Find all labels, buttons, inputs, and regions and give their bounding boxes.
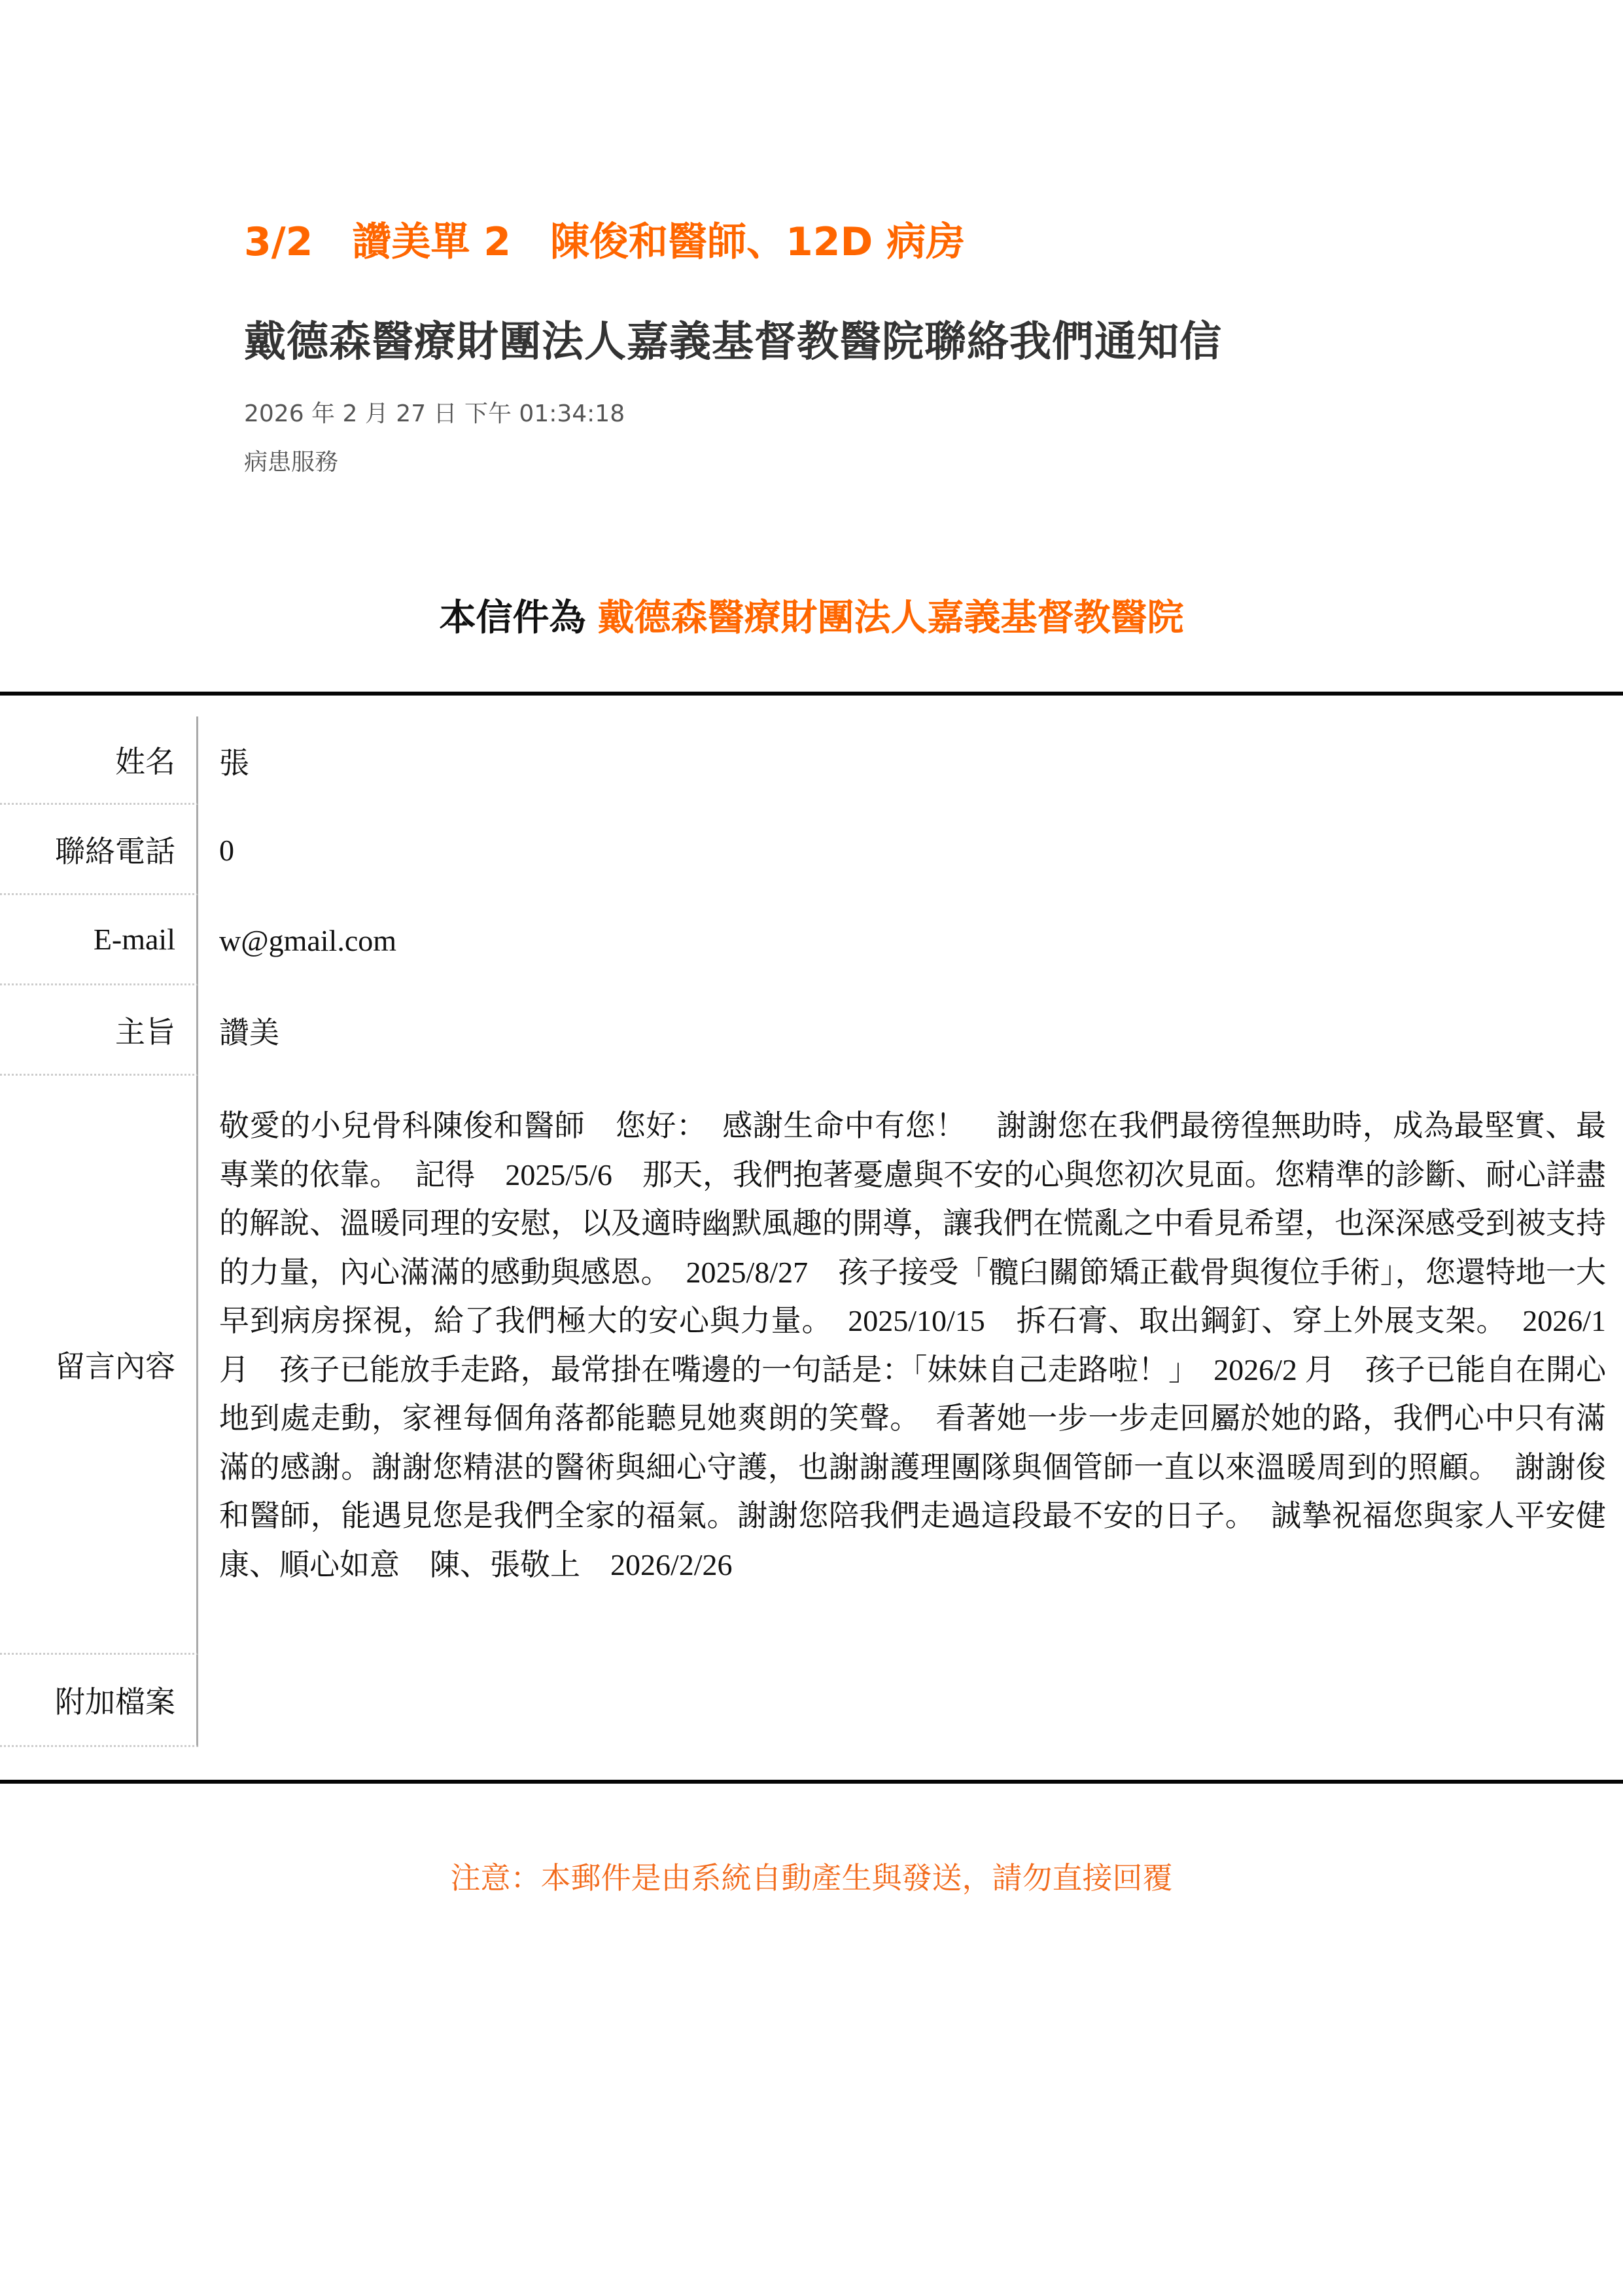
field-value-attachment [198, 1655, 1623, 1747]
table-row-attachment: 附加檔案 [0, 1655, 1623, 1747]
field-value-email[interactable]: w@gmail.com [198, 895, 1623, 985]
sender-banner: 本信件為戴德森醫療財團法人嘉義基督教醫院 [0, 589, 1623, 648]
banner-prefix: 本信件為 [440, 597, 586, 639]
auto-reply-notice: 注意：本郵件是由系統自動產生與發送，請勿直接回覆 [0, 1852, 1623, 1904]
field-label-message: 留言內容 [0, 1076, 198, 1655]
email-subject: 戴德森醫療財團法人嘉義基督教醫院聯絡我們通知信 [244, 313, 1222, 372]
table-row-email: E-mail w@gmail.com [0, 895, 1623, 985]
field-value-name: 張 [198, 716, 1623, 805]
field-label-phone: 聯絡電話 [0, 805, 198, 895]
field-value-phone: 0 [198, 805, 1623, 895]
document-title: 3/2 讚美單 2 陳俊和醫師、12D 病房 [244, 216, 1487, 268]
field-value-message: 敬愛的小兒骨科陳俊和醫師 您好： 感謝生命中有您！ 謝謝您在我們最徬徨無助時，成… [198, 1076, 1623, 1655]
field-label-name: 姓名 [0, 716, 198, 805]
sent-timestamp: 2026 年 2 月 27 日 下午 01:34:18 [244, 398, 625, 431]
email-header: 3/2 讚美單 2 陳俊和醫師、12D 病房 [244, 216, 1487, 268]
table-row-name: 姓名 張 [0, 716, 1623, 805]
table-row-subject: 主旨 讚美 [0, 985, 1623, 1076]
table-row-phone: 聯絡電話 0 [0, 805, 1623, 895]
field-label-attachment: 附加檔案 [0, 1655, 198, 1747]
category-label: 病患服務 [244, 446, 338, 479]
banner-organization: 戴德森醫療財團法人嘉義基督教醫院 [598, 597, 1184, 639]
table-bottom-rule [0, 1780, 1623, 1784]
table-row-message: 留言內容 敬愛的小兒骨科陳俊和醫師 您好： 感謝生命中有您！ 謝謝您在我們最徬徨… [0, 1076, 1623, 1655]
table-top-rule [0, 692, 1623, 696]
field-value-subject: 讚美 [198, 985, 1623, 1076]
field-label-subject: 主旨 [0, 985, 198, 1076]
field-label-email: E-mail [0, 895, 198, 985]
contact-form-table: 姓名 張 聯絡電話 0 E-mail w@gmail.com 主旨 讚美 留言內… [0, 716, 1623, 1747]
